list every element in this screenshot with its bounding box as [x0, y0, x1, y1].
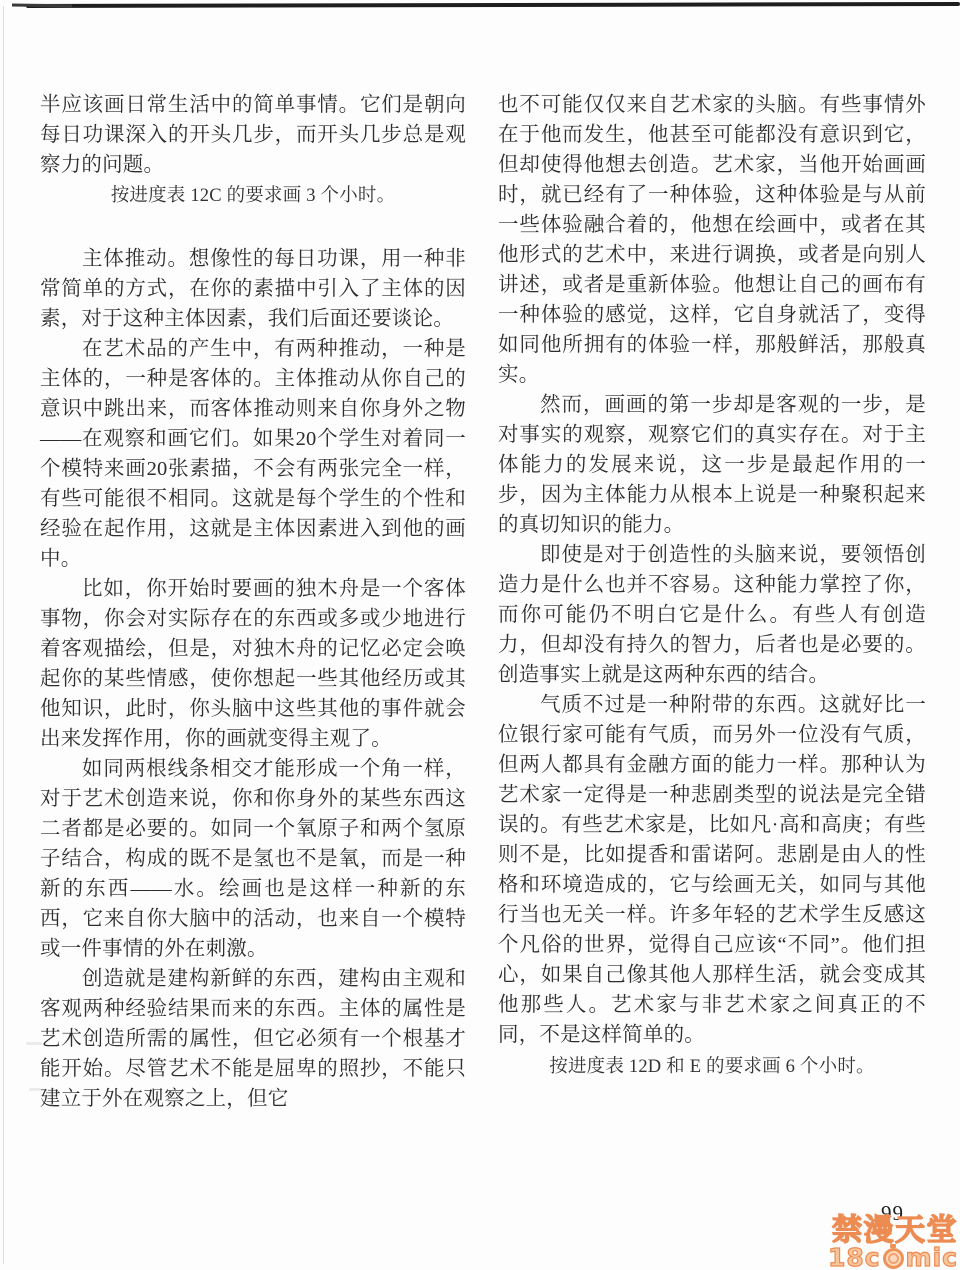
- paragraph-canoe: 比如，你开始时要画的独木舟是一个客体事物，你会对实际存在的东西或多或少地进行着客…: [40, 574, 466, 754]
- watermark-subtitle-suffix: mic: [906, 1245, 958, 1270]
- watermark-title: 禁漫天堂: [828, 1216, 958, 1246]
- paragraph-continuation: 半应该画日常生活中的简单事情。它们是朝向每日功课深入的开头几步，而开头几步总是观…: [40, 90, 466, 180]
- paragraph-temperament: 气质不过是一种附带的东西。这就好比一位银行家可能有气质，而另外一位没有气质，但两…: [498, 690, 926, 1050]
- paragraph-creativity: 即使是对于创造性的头脑来说，要领悟创造力是什么也并不容易。这种能力掌控了你，而你…: [498, 540, 926, 690]
- book-page: 半应该画日常生活中的简单事情。它们是朝向每日功课深入的开头几步，而开头几步总是观…: [0, 0, 960, 1270]
- schedule-note-12c: 按进度表 12C 的要求画 3 个小时。: [40, 181, 466, 211]
- watermark-subtitle: 18cmic: [828, 1245, 958, 1270]
- pocket-watch-icon: [883, 1248, 904, 1269]
- paragraph-first-step: 然而，画画的第一步却是客观的一步，是对事实的观察，观察它们的真实存在。对于主体能…: [498, 390, 926, 540]
- scan-edge-artifact-top: [26, 2, 960, 8]
- paragraph-two-lines: 如同两根线条相交才能形成一个角一样，对于艺术创造来说，你和你身外的某些东西这二者…: [40, 754, 466, 964]
- left-column: 半应该画日常生活中的简单事情。它们是朝向每日功课深入的开头几步，而开头几步总是观…: [40, 90, 466, 1114]
- right-column: 也不可能仅仅来自艺术家的头脑。有些事情外在于他而发生，他甚至可能都没有意识到它，…: [498, 90, 926, 1082]
- paragraph-subject-push: 主体推动。想像性的每日功课，用一种非常简单的方式，在你的素描中引入了主体的因素，…: [40, 244, 466, 334]
- schedule-note-12d-e: 按进度表 12D 和 E 的要求画 6 个小时。: [498, 1052, 926, 1082]
- paragraph-two-pushes: 在艺术品的产生中，有两种推动，一种是主体的，一种是客体的。主体推动从你自己的意识…: [40, 334, 466, 574]
- watermark: 禁漫天堂 18cmic: [828, 1216, 958, 1270]
- paragraph-creation-continued: 也不可能仅仅来自艺术家的头脑。有些事情外在于他而发生，他甚至可能都没有意识到它，…: [498, 90, 926, 390]
- watermark-subtitle-prefix: 18c: [828, 1245, 881, 1270]
- paragraph-creation: 创造就是建构新鲜的东西，建构由主观和客观两种经验结果而来的东西。主体的属性是艺术…: [40, 964, 466, 1114]
- scan-edge-artifact-left: [3, 6, 4, 1264]
